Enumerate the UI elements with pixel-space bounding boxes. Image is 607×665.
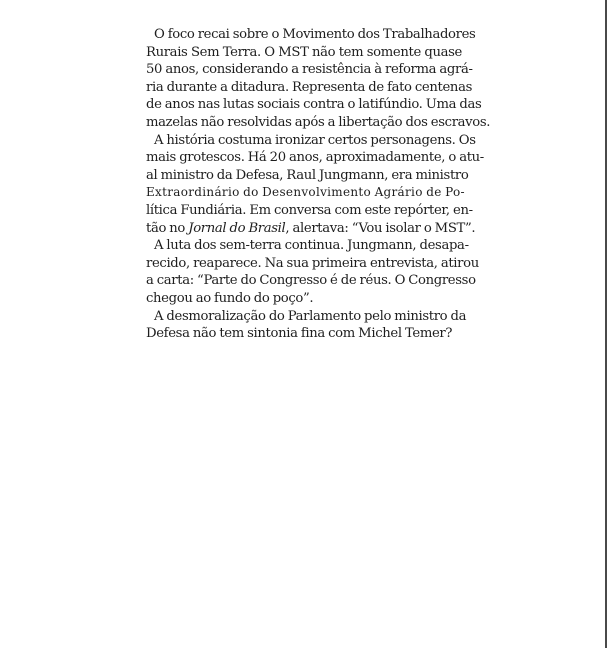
paragraph-historia: A história costuma ironizar certos perso… bbox=[146, 132, 462, 238]
text-line: Extraordinário do Desenvolvimento Agrári… bbox=[146, 184, 462, 202]
text-line: al ministro da Defesa, Raul Jungmann, er… bbox=[146, 167, 462, 185]
text-line: 50 anos, considerando a resistência à re… bbox=[146, 61, 462, 79]
paragraph-mst: O foco recai sobre o Movimento dos Traba… bbox=[146, 26, 462, 132]
text-line: tão no Jornal do Brasil, alertava: “Vou … bbox=[146, 220, 462, 238]
text-line: A história costuma ironizar certos perso… bbox=[146, 132, 462, 150]
text-line: chegou ao fundo do poço”. bbox=[146, 290, 462, 308]
text-line: mazelas não resolvidas após a libertação… bbox=[146, 114, 462, 132]
article-column: O foco recai sobre o Movimento dos Traba… bbox=[146, 26, 462, 343]
text-line: Defesa não tem sintonia fina com Michel … bbox=[146, 325, 462, 343]
text-line: recido, reaparece. Na sua primeira entre… bbox=[146, 255, 462, 273]
text-line: de anos nas lutas sociais contra o latif… bbox=[146, 96, 462, 114]
text-line: O foco recai sobre o Movimento dos Traba… bbox=[146, 26, 462, 44]
text-line: mais grotescos. Há 20 anos, aproximadame… bbox=[146, 149, 462, 167]
text-fragment: tão no bbox=[146, 221, 188, 236]
paragraph-luta: A luta dos sem-terra continua. Jungmann,… bbox=[146, 237, 462, 307]
newspaper-name: Jornal do Brasil bbox=[188, 221, 285, 236]
text-line: ria durante a ditadura. Representa de fa… bbox=[146, 79, 462, 97]
text-line: A desmoralização do Parlamento pelo mini… bbox=[146, 308, 462, 326]
paragraph-desmoralizacao: A desmoralização do Parlamento pelo mini… bbox=[146, 308, 462, 343]
text-line: A luta dos sem-terra continua. Jungmann,… bbox=[146, 237, 462, 255]
text-line: Rurais Sem Terra. O MST não tem somente … bbox=[146, 44, 462, 62]
text-line: a carta: “Parte do Congresso é de réus. … bbox=[146, 272, 462, 290]
text-fragment: , alertava: “Vou isolar o MST”. bbox=[285, 221, 475, 236]
text-line: lítica Fundiária. Em conversa com este r… bbox=[146, 202, 462, 220]
